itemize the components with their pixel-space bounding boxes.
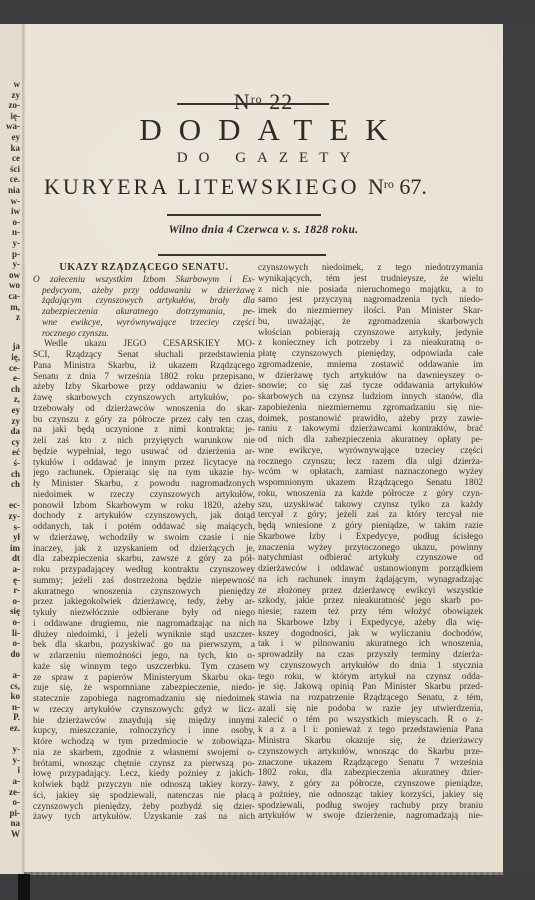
text-line: Wedle ukazu JEGO CESARSKIEY MO- [33, 339, 255, 350]
text-line: jego rachunek. Opieraiąc się na tym ukaz… [33, 468, 255, 479]
previous-page-fragment: zy [12, 416, 21, 427]
text-line: żawę skarbowych czynszowych artykułów, p… [33, 393, 255, 404]
previous-page-edge: wzyzo-ię-wa-eykaceścice.niaw-iwo-n-y-p-y… [0, 24, 22, 874]
text-line: żeli zaś kto z nich przyiętych warunkow … [33, 436, 255, 447]
previous-page-fragment: wa- [6, 121, 20, 132]
supplement-title: DODATEK [24, 112, 503, 148]
previous-page-fragment: z [16, 312, 20, 323]
text-line: samo jest przyczyną nagromadzenia tych n… [258, 295, 483, 306]
previous-page-fragment: n- [12, 702, 20, 713]
text-line: tercyał z góry; jeżeli zaś za który terc… [258, 510, 483, 521]
previous-page-fragment: ch [11, 384, 20, 395]
text-line: artykułów w swoje dzierżenie, nagromadza… [258, 811, 483, 822]
previous-page-fragment: się [10, 606, 20, 617]
text-line: zgromadzenie, mniema zostawić oddawanie … [258, 360, 483, 371]
previous-page-fragment: p- [12, 249, 20, 260]
masthead-rule [177, 103, 329, 105]
previous-page-fragment: ce. [10, 174, 20, 185]
text-line: rocznego czynszu; lecz razem dla ulgi dz… [258, 457, 483, 468]
text-line: tego roku, w którym artykuł na czynsz od… [258, 672, 483, 683]
previous-page-fragment: wo [9, 280, 20, 291]
text-line: Pana Ministra Skarbu, iż ukazem Rządzące… [33, 361, 255, 372]
previous-page-fragment: z, [14, 394, 20, 405]
previous-page-fragment: ka [10, 143, 20, 154]
text-line: żawy tych artykułów. Uzyskanie zaś na ni… [33, 812, 255, 823]
text-line: zuje się, że wspomniane zabezpieczenie, … [33, 683, 255, 694]
previous-page-fragment: ś- [14, 458, 21, 469]
previous-page-fragment: y- [13, 755, 21, 766]
text-line: ażeby Izby Skarbowe przy oddawaniu w dzi… [33, 382, 255, 393]
text-line: czynszowych artykułów, wnosząc do Skarbu… [258, 747, 483, 758]
previous-page-fragment: o- [13, 217, 21, 228]
supplement-subtitle: DO GAZETY [24, 150, 503, 167]
text-line: w rzeczy artykułów czynszowych: gdyż w l… [33, 705, 255, 716]
text-line: znaczenia wyżey przytoczonego ukazu, pow… [258, 543, 483, 554]
previous-page-fragment: ści [10, 164, 20, 175]
text-line: zalecić o tém po wszystkich mieyscach. R… [258, 715, 483, 726]
previous-page-fragment: eć [12, 447, 20, 458]
previous-page-fragment: o- [13, 596, 21, 607]
text-line: natychmiast odbierać artykuły czynszowe … [258, 553, 483, 564]
previous-page-fragment: zo- [9, 100, 21, 111]
previous-page-fragment: a- [13, 564, 21, 575]
text-line: imek do niezmierney ilości. Pan Minister… [258, 306, 483, 317]
text-line: brótami, wnosząc chętnie czynsz za pierw… [33, 759, 255, 770]
text-line: roku przypadającey według kontraktu czyn… [33, 565, 255, 576]
right-column: czynszowych niedoimek, z tego niedotrzym… [258, 263, 483, 822]
previous-page-fragment: ch [11, 479, 20, 490]
text-line: roku, wnoszenia za każde półrocze z góry… [258, 489, 483, 500]
text-line: bie dzierżawców znaydują się między inny… [33, 716, 255, 727]
previous-page-fragment: do [10, 649, 20, 660]
section-rule [158, 254, 326, 256]
text-line: żawy, z góry za półrocze, czynszowe pien… [258, 779, 483, 790]
summary-line: O załeceniu wszystkim Izbom Skarbowym i … [33, 275, 255, 286]
previous-page-fragment: dt [12, 553, 20, 564]
previous-page-fragment: im [10, 543, 20, 554]
previous-page-fragment: e- [13, 373, 20, 384]
text-line: inaczey, jak z uzyskaniem od dzierżących… [33, 544, 255, 555]
previous-page-fragment: a- [13, 670, 21, 681]
decree-body-left: Wedle ukazu JEGO CESARSKIEY MO-ŚCI, Rząd… [33, 339, 255, 823]
previous-page-fragment: cs, [10, 681, 20, 692]
previous-page-fragment: n- [12, 227, 20, 238]
previous-page-fragment: zy [12, 90, 21, 101]
text-line: 1802 roku, dla zabezpieczenia akuratney … [258, 768, 483, 779]
previous-page-fragment: iw [11, 206, 20, 217]
previous-page-fragment: ię- [11, 111, 21, 122]
previous-page-fragment: na [10, 818, 20, 829]
text-line: doimek, postanowić prawidło, ażeby przy … [258, 414, 483, 425]
previous-page-fragment: nia [8, 185, 20, 196]
text-line: tykuły niezwłócznie odbierane były od ni… [33, 608, 255, 619]
masthead-rule [167, 214, 321, 216]
previous-page-fragment: w [14, 79, 21, 90]
previous-page-fragment: ow [9, 270, 20, 281]
text-line: raniu z takowymi dzierżawcami kontraktów… [258, 424, 483, 435]
text-line: z konieczney ich potrzeby i za nieakurat… [258, 338, 483, 349]
scan-background-bottom [0, 876, 535, 900]
text-line: łowę przypadający. Lecz, kiedy poźniey z… [33, 769, 255, 780]
text-line: wy czynszowych artykułów do dnia 1 stycz… [258, 661, 483, 672]
decree-summary: O załeceniu wszystkim Izbom Skarbowym i … [33, 275, 255, 340]
text-line: tykułów i oddawać je innym przez licytac… [33, 458, 255, 469]
previous-page-fragment: ze- [9, 787, 20, 798]
text-line: trzebowały od dzierżawców wnoszenia do s… [33, 404, 255, 415]
text-line: z nich nie posiada nieruchomego majątku,… [258, 285, 483, 296]
dateline: Wilno dnia 4 Czerwca v. s. 1828 roku. [24, 224, 503, 236]
text-line: od nich dla zabezpieczenia akuratney opł… [258, 435, 483, 446]
previous-page-fragment: o- [13, 638, 21, 649]
text-line: je się. Jakową opinią Pan Minister Skarb… [258, 682, 483, 693]
text-line: bek dla skarbu, pozyskiwać go na pierwsz… [33, 640, 255, 651]
text-line: ze spraw z papierów Ministeryum Skarbu o… [33, 673, 255, 684]
previous-page-fragment: ja [13, 341, 21, 352]
text-line: a poźniey, nie odnosząc takiey korzyści,… [258, 790, 483, 801]
text-line: wynikających, tém jest trudnieysze, że w… [258, 274, 483, 285]
text-line: kolwiek bądź przyczyn nie odnoszą takiey… [33, 780, 255, 791]
previous-page-fragment: ię, [11, 352, 20, 363]
text-line: bu, uważając, że zgromadzenia skarbowych [258, 317, 483, 328]
previous-page-fragment: da [10, 426, 20, 437]
text-line: na jaki będą uczynione z nimi kontrakta;… [33, 425, 255, 436]
previous-page-fragment: ko [10, 691, 20, 702]
text-line: Ministra Skarbu okazuje się, że dzierżaw… [258, 736, 483, 747]
text-line: akuratnego wnoszenia czynszowych pienięd… [33, 587, 255, 598]
text-line: Senatu z dnia 7 września 1802 roku przep… [33, 372, 255, 383]
previous-page-fragment: ce- [9, 363, 20, 374]
summary-line: pedycyom, ażeby przy oddawaniu w dzierża… [33, 286, 255, 297]
text-line: oddanych, tak i potém oddawać się maiący… [33, 522, 255, 533]
text-line: tak i w pilnowaniu akuratnego ich wnosze… [258, 639, 483, 650]
text-line: przez jakiegokolwiek dzierżawcę, tedy, ż… [33, 597, 255, 608]
text-line: Skarbowe Izby i Expedycye, podług ścisłe… [258, 532, 483, 543]
previous-page-fragment: ez. [10, 723, 20, 734]
text-line: zapobieżenia niezmiernemu zgromadzaniu s… [258, 403, 483, 414]
text-line: nia ze skarbem, zgodnie z własnemi swoje… [33, 748, 255, 759]
previous-page-fragment: zy- [9, 511, 21, 522]
summary-line: wne ewikcye, wyrównywające trzeciey częś… [33, 318, 255, 329]
text-line: snowie; co się zaś tycze oddawania artyk… [258, 381, 483, 392]
text-line: wcóm w opłatach, zamiast naznaczonego wy… [258, 467, 483, 478]
previous-page-fragment: cy [12, 437, 21, 448]
scan-background-top [0, 0, 535, 24]
text-line: i oddawane drugiemu, nie nagromadzając n… [33, 619, 255, 630]
text-line: będzie wypełniał, tego usuwać od dzierże… [33, 447, 255, 458]
text-line: ści, jakiey się spodziewali, natenczas n… [33, 791, 255, 802]
previous-page-fragment: ę- [13, 575, 20, 586]
text-line: ponowił Izbom Skarbowym w roku 1820, aże… [33, 501, 255, 512]
text-line: azali się nie podoba w razie jey utwierd… [258, 704, 483, 715]
text-line: w dzierżawę tych artykułów na dawnieysze… [258, 371, 483, 382]
text-line: stawia na rozpatrzenie Rządzącego Senatu… [258, 693, 483, 704]
previous-page-fragment: W [11, 829, 20, 840]
previous-page-fragment: m, [10, 302, 20, 313]
previous-page-fragment: w- [11, 196, 21, 207]
newspaper-name: KURYERA LITEWSKIEGO Nro 67. [44, 174, 504, 200]
text-line: w dzierżawę, wchodziły w swoim czasie i … [33, 533, 255, 544]
text-line: czynszowych pieniędzy, żeby pozbydź się … [33, 802, 255, 813]
text-line: na Skarbowe Izby i Expedycye, ażeby dla … [258, 618, 483, 629]
text-line: dzierżawców i oddawać ustanowionym porzą… [258, 564, 483, 575]
scan-binding-shadow [18, 874, 30, 900]
text-line: dochody z artykułów czynszowych, jak dot… [33, 511, 255, 522]
left-column: UKAZY RZĄDZĄCEGO SENATU. O załeceniu wsz… [33, 263, 255, 823]
previous-page-fragment: r- [13, 585, 20, 596]
previous-page-fragment: o- [13, 797, 21, 808]
previous-page-fragment: ey [12, 405, 21, 416]
text-line: będą wniesione z góry pieniądze, w takim… [258, 521, 483, 532]
text-line: kszey dogodności, jak w wyliczaniu docho… [258, 629, 483, 640]
text-line: na ich rachunek innym żądającym, wynagra… [258, 575, 483, 586]
text-line: niedoimek w rzeczy czynszowych artykułów… [33, 490, 255, 501]
text-line: czynszowych niedoimek, z tego niedotrzym… [258, 263, 483, 274]
previous-page-fragment: ec- [9, 500, 20, 511]
text-line: szu, uzyskiwać takowy czynsz tylko za ka… [258, 500, 483, 511]
previous-page-fragment: li- [12, 628, 20, 639]
text-line: sprowadziły na czas przyszły terminy dzi… [258, 650, 483, 661]
text-line: kupcy, mieszczanie, rolnoczyńcy i inne o… [33, 726, 255, 737]
text-line: wspomnionym ukazem Rządzącego Senatu 180… [258, 478, 483, 489]
previous-page-fragment: y- [13, 238, 21, 249]
previous-page-fragment: i [17, 765, 20, 776]
previous-page-fragment: y- [13, 744, 21, 755]
newspaper-issue-number: Nro 67. [368, 174, 427, 199]
previous-page-fragment: ey [12, 132, 21, 143]
previous-page-fragment: ch [11, 469, 20, 480]
summary-line: żądającym czynszowych artykułów, brały d… [33, 296, 255, 307]
text-line: spodziewali, podług swojey rachuby przy … [258, 801, 483, 812]
text-line: szkody, jakie przez nieakuratność jego s… [258, 596, 483, 607]
previous-page-fragment: s- [14, 522, 21, 533]
text-line: ze złożoney przez dzierżawcę ewikcyi wsz… [258, 586, 483, 597]
text-line: dłużey niedoimki, i jeżeli wyniknie stąd… [33, 630, 255, 641]
previous-page-fragment: ca- [9, 291, 21, 302]
text-line: k a z a l i: ponieważ z tego przedstawie… [258, 725, 483, 736]
previous-page-fragment: a- [13, 776, 21, 787]
text-line: każe się winnym tego uszczerbku. Tym cza… [33, 662, 255, 673]
summary-line: rocznego czynszu. [33, 329, 255, 340]
text-line: dla zabezpieczenia skarbu, zawsze z góry… [33, 554, 255, 565]
text-line: włościan pobierają czynszowe artykuły, j… [258, 328, 483, 339]
previous-page-fragment: P. [13, 712, 20, 723]
previous-page-fragment: pi- [9, 808, 20, 819]
text-line: które wchodzą w tym przedmiocie w zobowi… [33, 737, 255, 748]
text-line: statecznie zapobiega nagromadzaniu się n… [33, 694, 255, 705]
text-line: skarbowych na czynsz ludziom innych stan… [258, 392, 483, 403]
text-line: znaczone ukazem Rządzącego Senatu 7 wrze… [258, 758, 483, 769]
previous-page-fragment: y- [13, 259, 21, 270]
decree-body-right: czynszowych niedoimek, z tego niedotrzym… [258, 263, 483, 822]
text-line: bu czynszu z góry za półrocze przez cały… [33, 415, 255, 426]
previous-page-fragment: o- [13, 617, 21, 628]
text-line: ły Minister Skarbu, z powodu nagromadzon… [33, 479, 255, 490]
text-line: wne ewikcye, wyrównywające trzeciey częś… [258, 446, 483, 457]
text-line: w zdarzeniu niemożności jego, na tych, k… [33, 651, 255, 662]
text-line: płatę czynszowych pieniędzy, odpowiada c… [258, 349, 483, 360]
previous-page-fragment: ył [13, 532, 20, 543]
previous-page-fragment: ce [12, 153, 20, 164]
text-line: ŚCI, Rządzący Senat słuchali przedstawie… [33, 350, 255, 361]
text-line: summy; jeżeli zaś dostrzeżona będzie nie… [33, 576, 255, 587]
text-line: niesie; razem też przy tém włożyć obowią… [258, 607, 483, 618]
summary-line: zabezpieczenia akuratnego dotrzymania, p… [33, 307, 255, 318]
section-heading: UKAZY RZĄDZĄCEGO SENATU. [33, 263, 255, 274]
